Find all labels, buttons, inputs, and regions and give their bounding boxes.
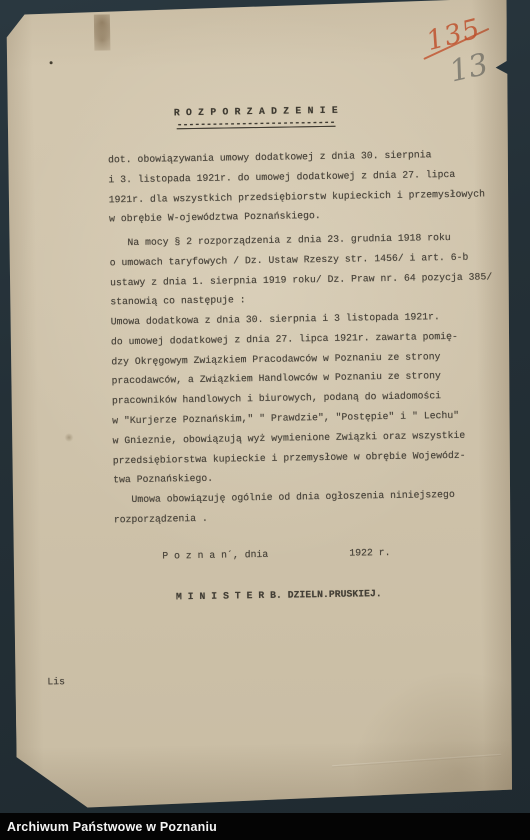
document-page: R O Z P O R Z A D Z E N I E ------------… <box>2 0 520 812</box>
ink-stain <box>94 14 111 50</box>
paragraph-subject: dot. obowiązywania umowy dodatkowej z dn… <box>108 144 485 229</box>
document-line: rozporządzenia . <box>114 505 456 530</box>
typist-initials: Lis <box>47 672 65 692</box>
dateline-place: P o z n a n´, dnia <box>162 545 268 566</box>
paragraph-legal-basis: Na mocy § 2 rozporządzenia z dnia 23. gr… <box>109 227 492 312</box>
archive-watermark-bar: Archiwum Państwowe w Poznaniu <box>0 813 530 840</box>
scan-background: R O Z P O R Z A D Z E N I E ------------… <box>0 0 530 840</box>
dateline-year: 1922 r. <box>349 543 390 563</box>
paper-crease <box>332 754 502 768</box>
paper-spot <box>64 433 73 442</box>
paragraph-effective-date: Umowa obowiązuję ogólnie od dnia ogłosze… <box>113 485 455 530</box>
document-heading-block: R O Z P O R Z A D Z E N I E ------------… <box>3 98 508 138</box>
handwritten-pencil-page-number: 13 <box>446 47 491 90</box>
paper-speck <box>50 61 53 64</box>
signature-line: M I N I S T E R B. DZIELN.PRUSKIEJ. <box>176 584 382 607</box>
dateline: P o z n a n´, dnia 1922 r. <box>10 541 515 549</box>
paragraph-agreement: Umowa dodatkowa z dnia 30. sierpnia i 3 … <box>111 307 467 491</box>
archive-name: Archiwum Państwowe w Poznaniu <box>0 820 217 834</box>
